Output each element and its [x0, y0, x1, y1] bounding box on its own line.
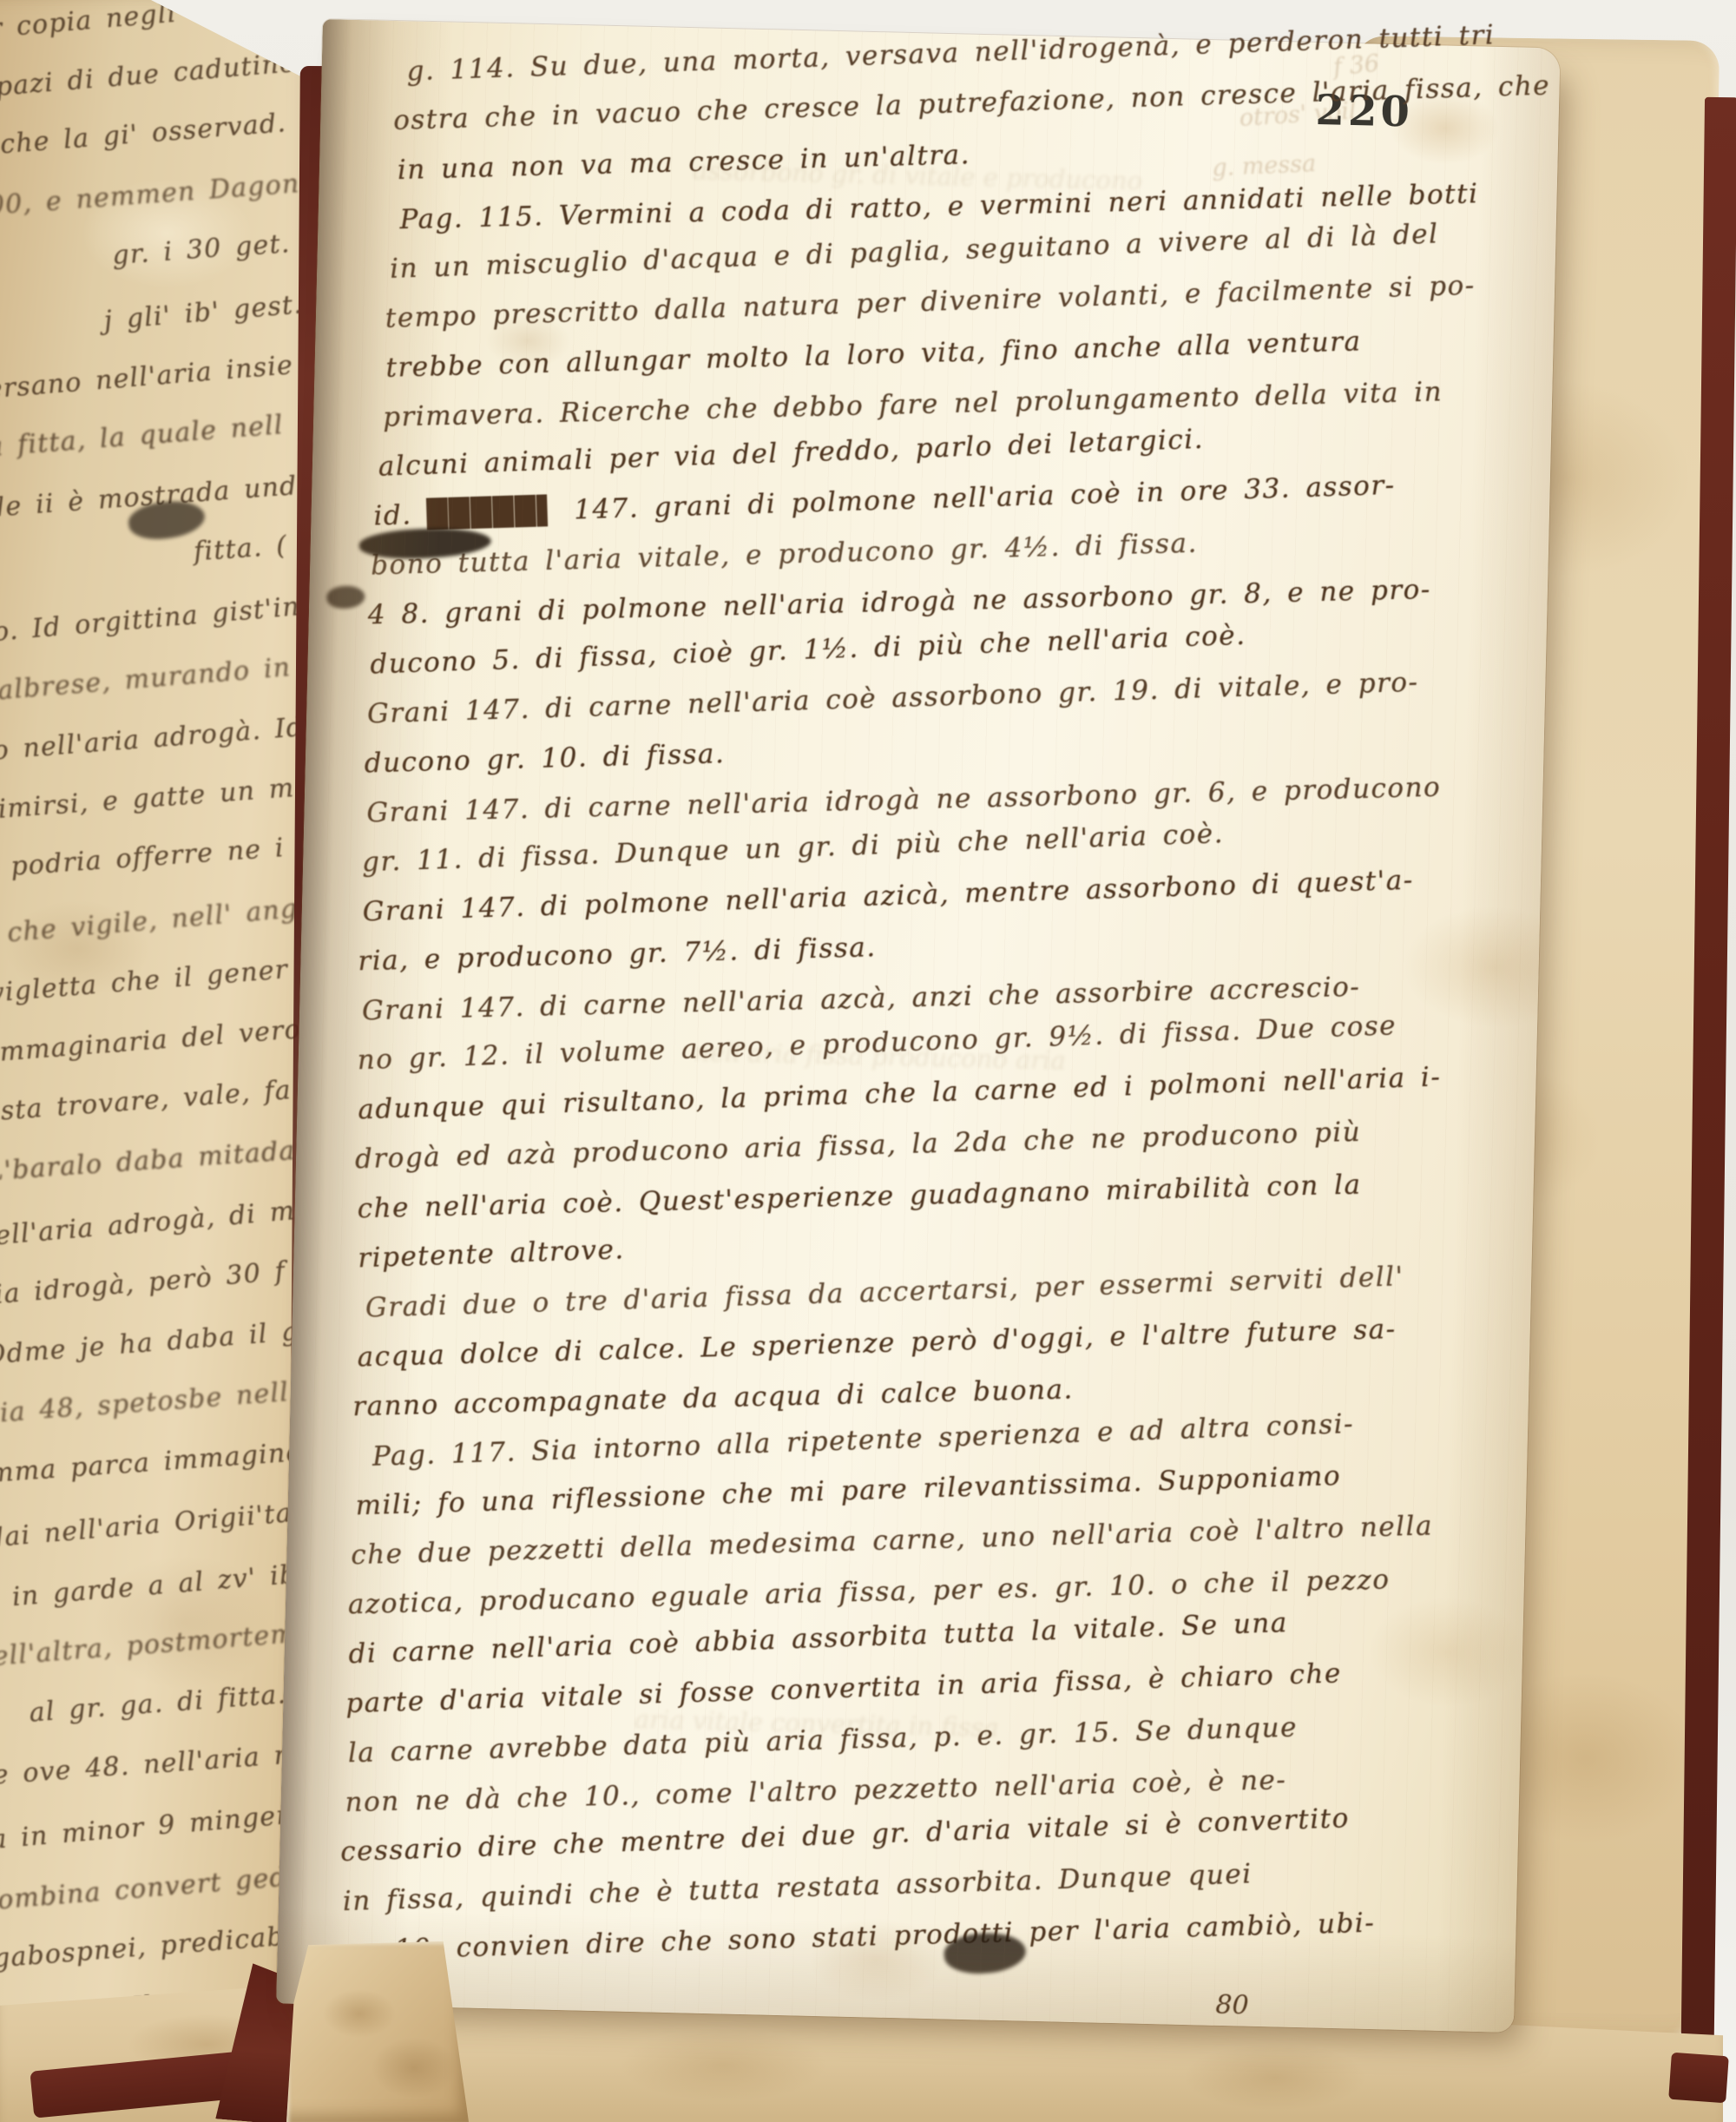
manuscript-line: vereadas rà dai nell'aria Origii'ta: [0, 1500, 293, 1568]
manuscript-line: o che ha vevuto nell'aria adrogà. Id: [0, 715, 305, 781]
manuscript-line: in maggior copia negli ult' cor-: [0, 0, 306, 55]
manuscript-line: le gase. Sed balbrese, murando in: [0, 655, 292, 722]
book-cover-edge-bottom-right: [1668, 2053, 1729, 2103]
right-page-text: g. 114. Su due, una morta, versava nell'…: [350, 47, 1541, 2003]
manuscript-line: la dua venesta trovare, vale, fa: [0, 1077, 293, 1137]
manuscript-line: e della vena, e' podria offerre ne i: [0, 835, 286, 897]
ink-blot: [325, 584, 365, 610]
manuscript-line: storia ipej giorgia 48, spetosbe nell: [0, 1380, 290, 1444]
left-page-text: in maggior copia negli ult' cor-a nella …: [0, 0, 319, 2079]
manuscript-line: I dolga mitta nell'altra, postmortem: [0, 1621, 297, 1687]
right-page: f 36otros' voilg. messa assorbono gr. di…: [276, 19, 1560, 2033]
manuscript-line: son viele, je t' tomma parca immagine: [0, 1440, 303, 1505]
manuscript-line: j gli' ib' gest.: [103, 292, 304, 334]
manuscript-line: in quella che la gi' osservad.: [0, 110, 287, 169]
manuscript-line: in garde a al zv' ib': [11, 1561, 306, 1611]
manuscript-line: Mascinqimi rimirsi, e gatte un m: [0, 775, 295, 837]
manuscript-line: le danno aria fitta, la quale nell: [0, 412, 285, 475]
manuscript-line: gr. i 30 get.: [111, 231, 291, 269]
left-page: in maggior copia negli ult' cor-a nella …: [0, 0, 328, 2086]
right-page-lifted-corner: [286, 1941, 469, 2122]
manuscript-line: di gr' eggio' combina convert gedy: [0, 1863, 304, 1931]
manuscript-line: das nel punpe che vigile, nell' ang: [0, 896, 299, 965]
manuscript-line: al gr. ga. di fitta.: [29, 1682, 287, 1727]
manuscript-line: gr. 8. di fitta. Odme je ha daba il g: [0, 1319, 299, 1386]
manuscript-line: no, jb' purna in minor 9 minger: [0, 1802, 291, 1868]
photo-backdrop: in maggior copia negli ult' cor-a nella …: [0, 0, 1736, 2122]
manuscript-line: la lanno data. L'baralo daba mitada.: [0, 1137, 306, 1201]
manuscript-line: fitta. (: [193, 533, 288, 565]
manuscript-line: gli che veste versano nell'aria insie: [0, 353, 294, 421]
manuscript-line: mti, vestibile ove 48. nell'aria n': [0, 1742, 300, 1801]
catchword: 80: [1215, 1993, 1249, 2020]
